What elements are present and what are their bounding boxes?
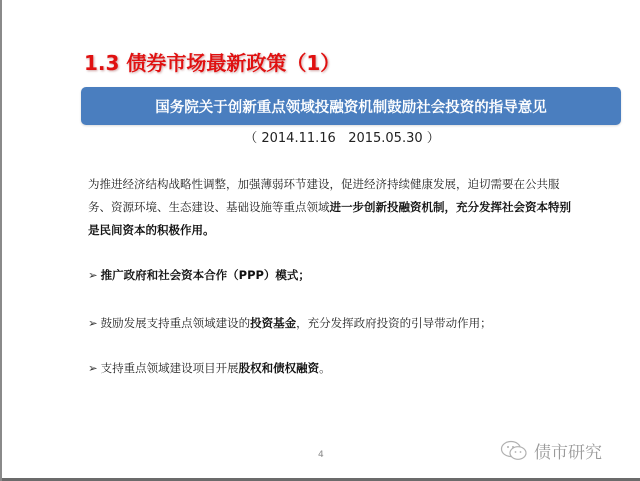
paragraph-bold-text-1: 进一步创新投融资机制: [330, 200, 445, 214]
bullet-text-before: 支持重点领域建设项目开展: [101, 361, 239, 375]
bullet-text-bold: 投资基金: [250, 316, 296, 330]
slide-title: 1.3 债券市场最新政策（1）: [84, 47, 340, 76]
watermark-text: 债市研究: [534, 438, 602, 463]
watermark: 债市研究: [500, 438, 602, 463]
bullet-text: 推广政府和社会资本合作（PPP）模式；: [101, 268, 310, 282]
bullet-item-investment-fund: ➢鼓励发展支持重点领域建设的投资基金，充分发挥政府投资的引导带动作用；: [88, 315, 492, 331]
intro-paragraph: 为推进经济结构战略性调整，加强薄弱环节建设，促进经济持续健康发展，迫切需要在公共…: [88, 173, 574, 242]
bullet-item-ppp: ➢推广政府和社会资本合作（PPP）模式；: [88, 267, 310, 283]
arrow-bullet-icon: ➢: [88, 361, 98, 375]
bullet-text-before: 鼓励发展支持重点领域建设的: [101, 316, 251, 330]
banner-text: 国务院关于创新重点领域投融资机制鼓励社会投资的指导意见: [155, 96, 547, 117]
bullet-item-equity-debt-financing: ➢支持重点领域建设项目开展股权和债权融资。: [88, 360, 331, 376]
wechat-icon: [500, 440, 528, 462]
slide: 1.3 债券市场最新政策（1） 国务院关于创新重点领域投融资机制鼓励社会投资的指…: [0, 0, 640, 481]
policy-banner: 国务院关于创新重点领域投融资机制鼓励社会投资的指导意见: [81, 87, 621, 125]
bullet-text-after: 。: [319, 361, 331, 375]
arrow-bullet-icon: ➢: [88, 316, 98, 330]
date-range: （ 2014.11.16 2015.05.30 ）: [2, 127, 640, 146]
bullet-text-bold: 股权和债权融资: [239, 361, 320, 375]
arrow-bullet-icon: ➢: [88, 268, 98, 282]
page-number: 4: [318, 450, 324, 460]
bullet-text-after: ，充分发挥政府投资的引导带动作用；: [296, 316, 492, 330]
